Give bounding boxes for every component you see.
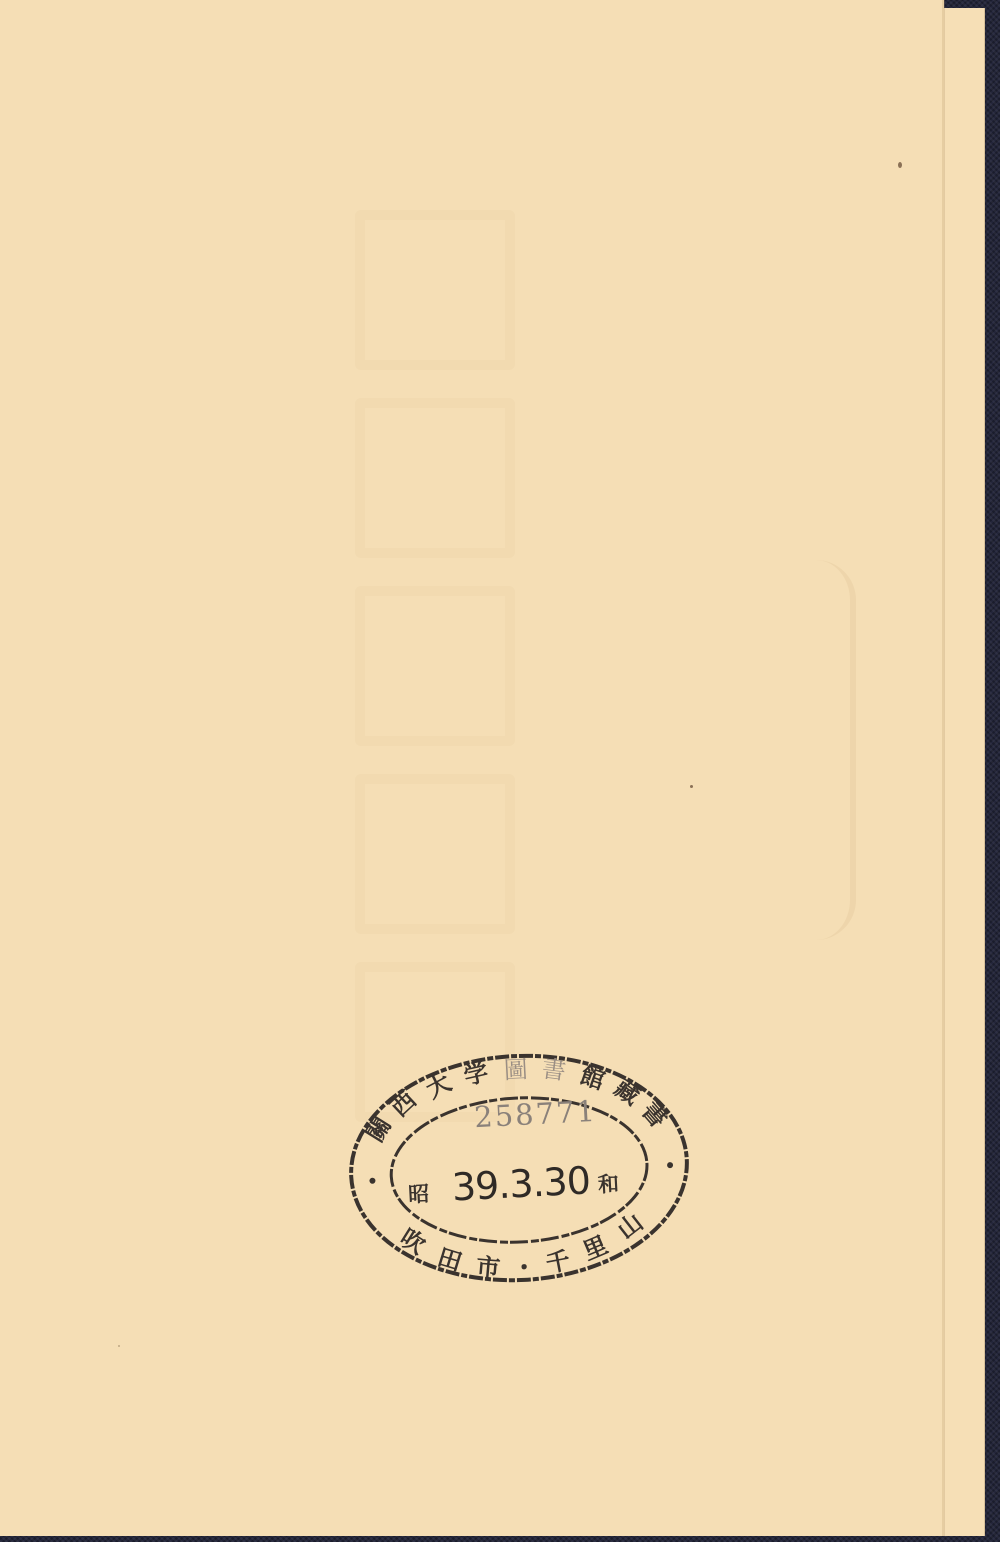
paper-speck	[118, 1345, 120, 1347]
bleed-through-title	[355, 210, 515, 1030]
acquisition-date: 39.3.30	[451, 1158, 591, 1209]
era-char-right: 和	[597, 1168, 620, 1199]
stamp-char: 大	[422, 1070, 454, 1102]
stamp-char: 市	[475, 1255, 501, 1281]
accession-number: 258771	[473, 1094, 595, 1134]
stamp-char: 藏	[610, 1076, 643, 1109]
era-char-left: 昭	[407, 1178, 430, 1209]
stamp-char: 千	[544, 1248, 572, 1276]
library-stamp: 關 西 大 学 圖 書 館 藏 書 258771 昭 39.3.30 和 吹 田…	[341, 1043, 698, 1293]
stamp-char: 館	[577, 1063, 608, 1094]
stamp-char: ・	[512, 1255, 537, 1280]
stamp-char: 書	[637, 1098, 671, 1132]
stamp-char: 学	[462, 1060, 491, 1089]
paper-speck	[690, 785, 693, 788]
stamp-char: 圖	[503, 1057, 528, 1082]
stamp-char: 關	[362, 1113, 395, 1146]
paper-speck	[898, 162, 902, 168]
stamp-char: 西	[387, 1087, 421, 1121]
book-page: 關 西 大 学 圖 書 館 藏 書 258771 昭 39.3.30 和 吹 田…	[0, 0, 944, 1536]
bleed-through-mark	[790, 560, 856, 940]
stamp-char: 書	[541, 1057, 568, 1084]
